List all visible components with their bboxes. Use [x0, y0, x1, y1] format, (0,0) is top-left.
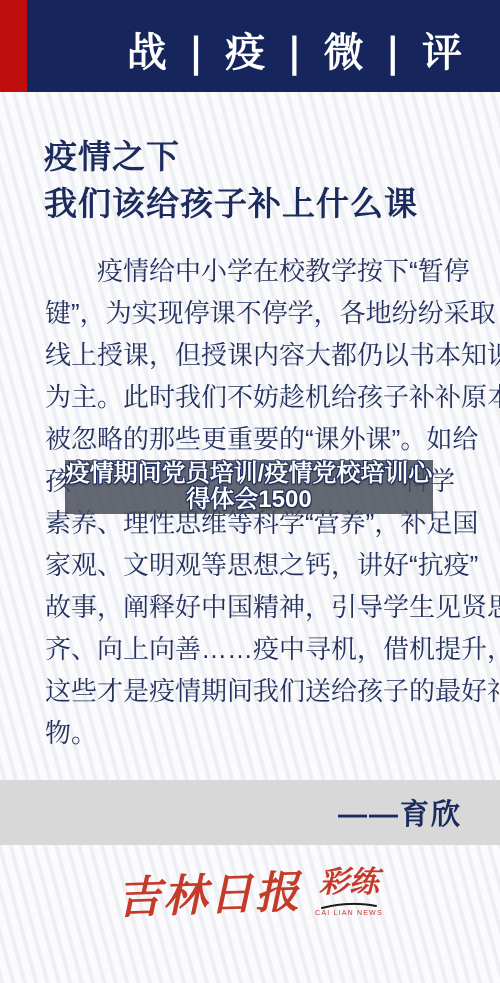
cailian-logo-text: 彩练: [319, 866, 379, 899]
caption-overlay: 疫情期间党员培训/疫情党校培训心 得体会1500: [65, 460, 433, 514]
cailian-logo: 彩练 CAI LIAN NEWS: [315, 866, 383, 917]
footer-logos: 吉林日报 彩练 CAI LIAN NEWS: [0, 862, 500, 918]
headline-line1: 疫情之下: [44, 133, 418, 180]
poster-headline: 疫情之下 我们该给孩子补上什么课: [44, 133, 418, 227]
jilin-daily-logo: 吉林日报: [116, 871, 301, 921]
banner-title: 战 | 疫 | 微 | 评: [127, 21, 466, 78]
headline-line2: 我们该给孩子补上什么课: [44, 180, 418, 227]
caption-line1: 疫情期间党员培训/疫情党校培训心: [66, 461, 433, 487]
body-line: 故事，阐释好中国精神，引导学生见贤思: [45, 586, 455, 628]
body-line: 物。: [45, 712, 455, 754]
body-line: 为主。此时我们不妨趁机给孩子补补原本: [45, 376, 455, 418]
body-line: 键”，为实现停课不停学，各地纷纷采取: [45, 292, 455, 334]
top-banner: 战 | 疫 | 微 | 评: [0, 0, 500, 92]
signature-text: ——育欣: [338, 792, 462, 833]
body-line: 齐、向上向善……疫中寻机，借机提升，: [45, 628, 455, 670]
body-line: 线上授课，但授课内容大都仍以书本知识: [45, 334, 455, 376]
body-line: 这些才是疫情期间我们送给孩子的最好礼: [45, 670, 455, 712]
body-line: 家观、文明观等思想之钙，讲好“抗疫”: [45, 544, 455, 586]
cailian-news-caption: CAI LIAN NEWS: [315, 910, 383, 917]
body-line: 被忽略的那些更重要的“课外课”。如给: [45, 418, 455, 460]
red-stripe: [0, 0, 27, 92]
poster: 战 | 疫 | 微 | 评 疫情之下 我们该给孩子补上什么课 疫情给中小学在校教…: [0, 0, 500, 983]
cailian-swoosh-icon: [320, 901, 378, 909]
caption-line2: 得体会1500: [186, 487, 311, 513]
body-line: 疫情给中小学在校教学按下“暂停: [45, 250, 455, 292]
signature-band: ——育欣: [0, 780, 500, 845]
